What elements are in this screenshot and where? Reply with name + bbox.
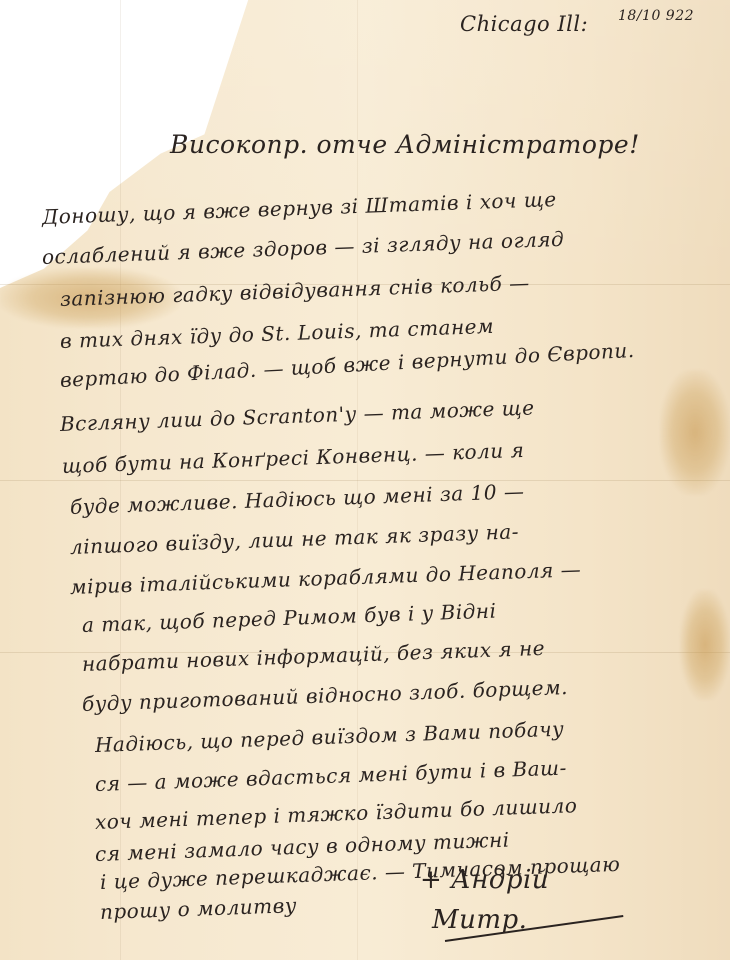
rust-stain [680,590,730,700]
signature-name: + Андрій [420,865,549,895]
letter-salutation: Високопр. отче Адміністраторе! [170,130,640,159]
letter-date: 18/10 922 [618,8,694,24]
letter-place: Chicago Ill: [460,12,588,36]
rust-stain [660,370,730,495]
fold-line [0,480,730,481]
